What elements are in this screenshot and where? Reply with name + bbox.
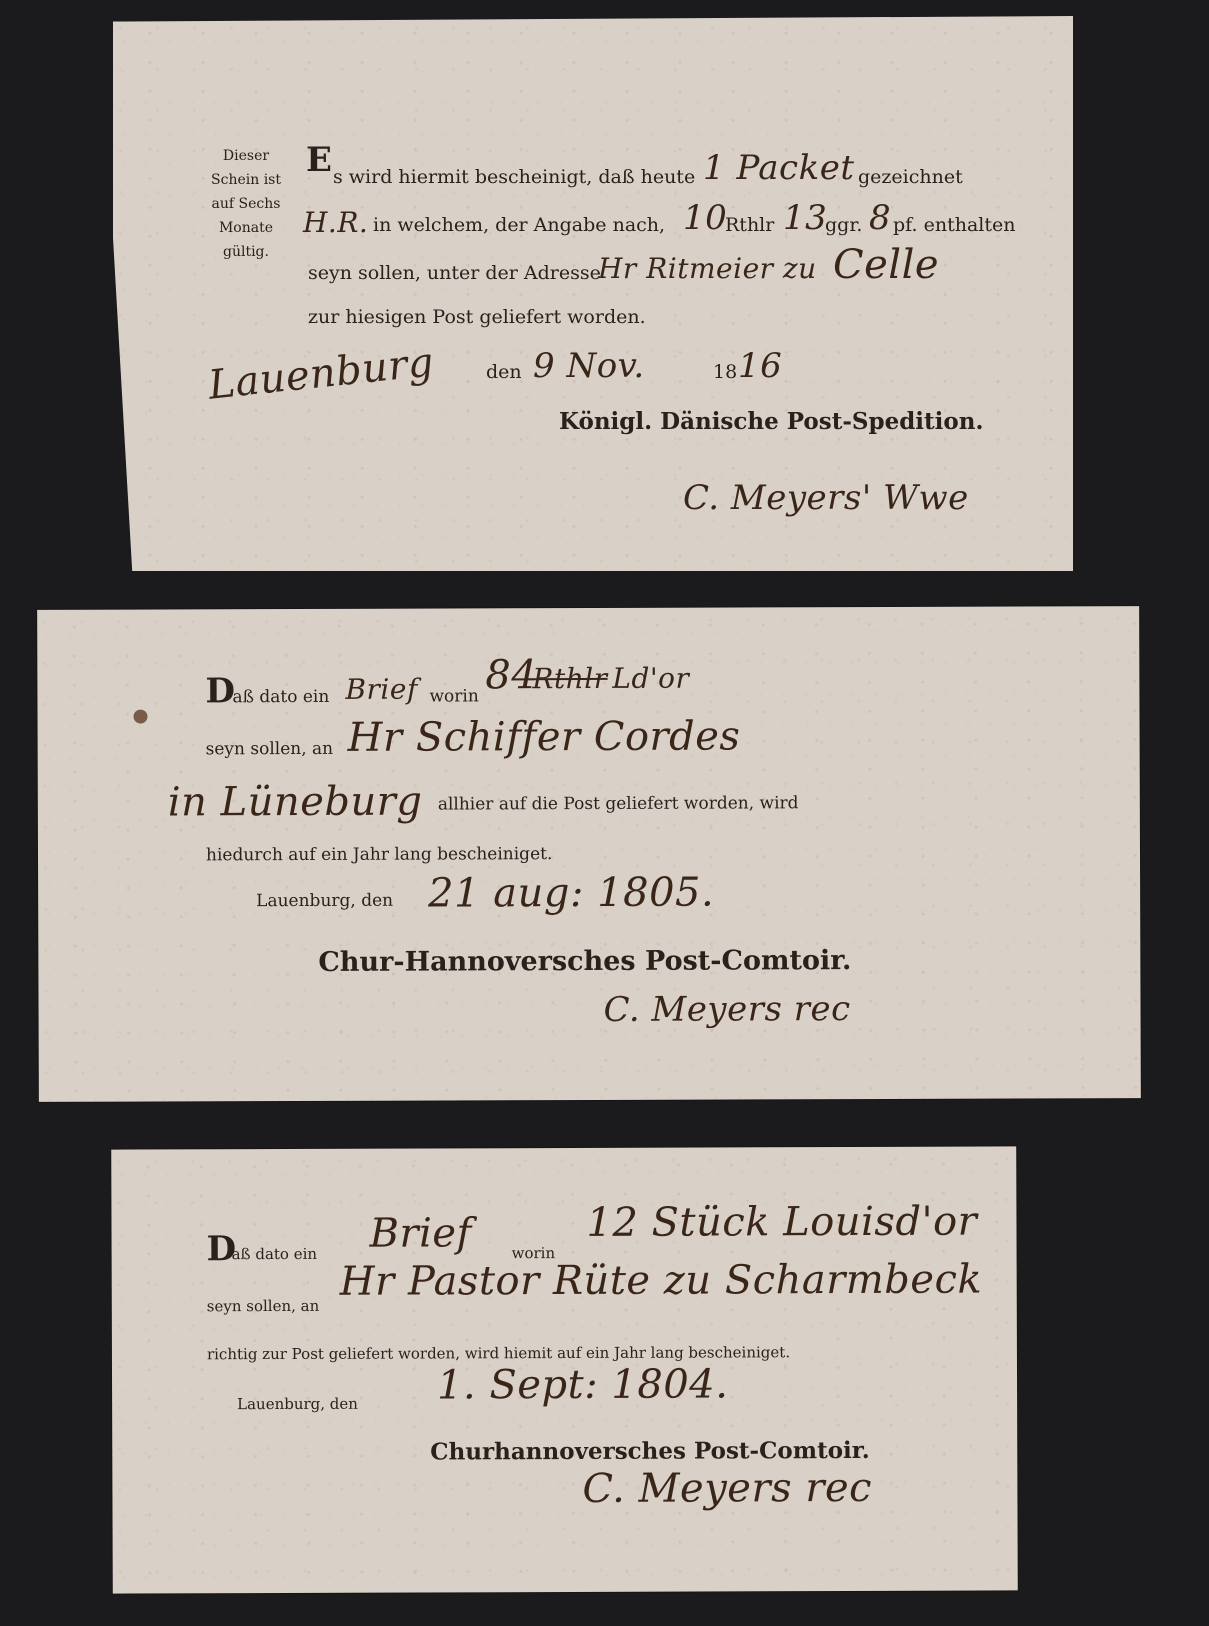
printed-text: aß dato ein: [232, 1245, 317, 1263]
handwritten-mark: H.R.: [303, 206, 368, 239]
printed-text: seyn sollen, unter der Adresse: [308, 262, 601, 284]
amount-pf: 8: [869, 198, 891, 238]
handwritten-date: 21 aug: 1805.: [428, 870, 714, 917]
handwritten-date: 9 Nov.: [533, 346, 645, 386]
handwritten-place: in Lüneburg: [168, 779, 423, 826]
printed-text: hiedurch auf ein Jahr lang bescheiniget.: [206, 844, 552, 865]
year-handwritten: 16: [738, 346, 782, 386]
printed-text: seyn sollen, an: [206, 739, 334, 759]
printed-text: Lauenburg, den: [256, 891, 393, 911]
printed-text: allhier auf die Post geliefert worden, w…: [438, 793, 799, 814]
validity-note-line: Schein ist: [211, 168, 281, 192]
receipt-1816: Dieser Schein ist auf Sechs Monate gülti…: [113, 16, 1073, 571]
office-name: Königl. Dänische Post-Spedition.: [559, 408, 983, 435]
validity-note-line: auf Sechs: [211, 192, 281, 216]
office-name: Churhannoversches Post-Comtoir.: [430, 1437, 870, 1466]
printed-text: zur hiesigen Post geliefert worden.: [308, 306, 646, 328]
validity-note: Dieser Schein ist auf Sechs Monate gülti…: [211, 144, 281, 264]
initial-letter: D: [205, 671, 235, 711]
validity-note-line: gültig.: [211, 240, 281, 264]
handwritten-item: 1 Packet: [703, 148, 855, 188]
printed-text: richtig zur Post geliefert worden, wird …: [207, 1343, 790, 1363]
validity-note-line: Dieser: [211, 144, 281, 168]
handwritten-addressee: Hr Pastor Rüte zu Scharmbeck: [340, 1257, 983, 1305]
printed-text: aß dato ein: [232, 687, 329, 707]
validity-note-line: Monate: [211, 216, 281, 240]
printed-text: seyn sollen, an: [207, 1297, 320, 1315]
printed-text: worin: [429, 686, 478, 706]
handwritten-amount: 84: [485, 652, 537, 698]
year-printed: 18: [713, 361, 737, 383]
handwritten-item: Brief: [345, 673, 417, 706]
handwritten-addressee: Hr Ritmeier zu: [598, 252, 817, 285]
signature: C. Meyers rec: [582, 1465, 872, 1512]
struck-out-unit: Rthlr: [532, 662, 607, 695]
handwritten-date: 1. Sept: 1804.: [437, 1361, 729, 1408]
handwritten-amount: 12 Stück Louisd'or: [586, 1199, 977, 1246]
printed-text: Lauenburg, den: [237, 1395, 358, 1413]
printed-text: in welchem, der Angabe nach,: [373, 214, 665, 236]
signature: C. Meyers rec: [603, 989, 850, 1030]
printed-text: pf. enthalten: [893, 214, 1015, 236]
receipt-1805: D aß dato ein Brief worin 84 Rthlr Ld'or…: [37, 606, 1141, 1102]
signature: C. Meyers' Wwe: [683, 478, 969, 518]
handwritten-place: Celle: [833, 242, 939, 288]
unit-rthlr: Rthlr: [725, 214, 774, 236]
handwritten-coin: Ld'or: [612, 662, 689, 695]
office-name: Chur-Hannoversches Post-Comtoir.: [318, 945, 851, 978]
ink-stain: [133, 710, 147, 724]
printed-text: den: [486, 361, 522, 383]
amount-ggr: 13: [783, 198, 827, 238]
printed-text: gezeichnet: [858, 166, 963, 188]
handwritten-place-lauenburg: Lauenburg: [206, 339, 436, 408]
handwritten-addressee: Hr Schiffer Cordes: [348, 713, 741, 760]
handwritten-item: Brief: [369, 1210, 471, 1256]
initial-letter: E: [306, 140, 332, 180]
unit-ggr: ggr.: [825, 214, 862, 236]
printed-text: s wird hiermit bescheinigt, daß heute: [333, 166, 695, 188]
receipt-1804: D aß dato ein Brief worin 12 Stück Louis…: [111, 1146, 1018, 1593]
amount-rthlr: 10: [683, 198, 727, 238]
